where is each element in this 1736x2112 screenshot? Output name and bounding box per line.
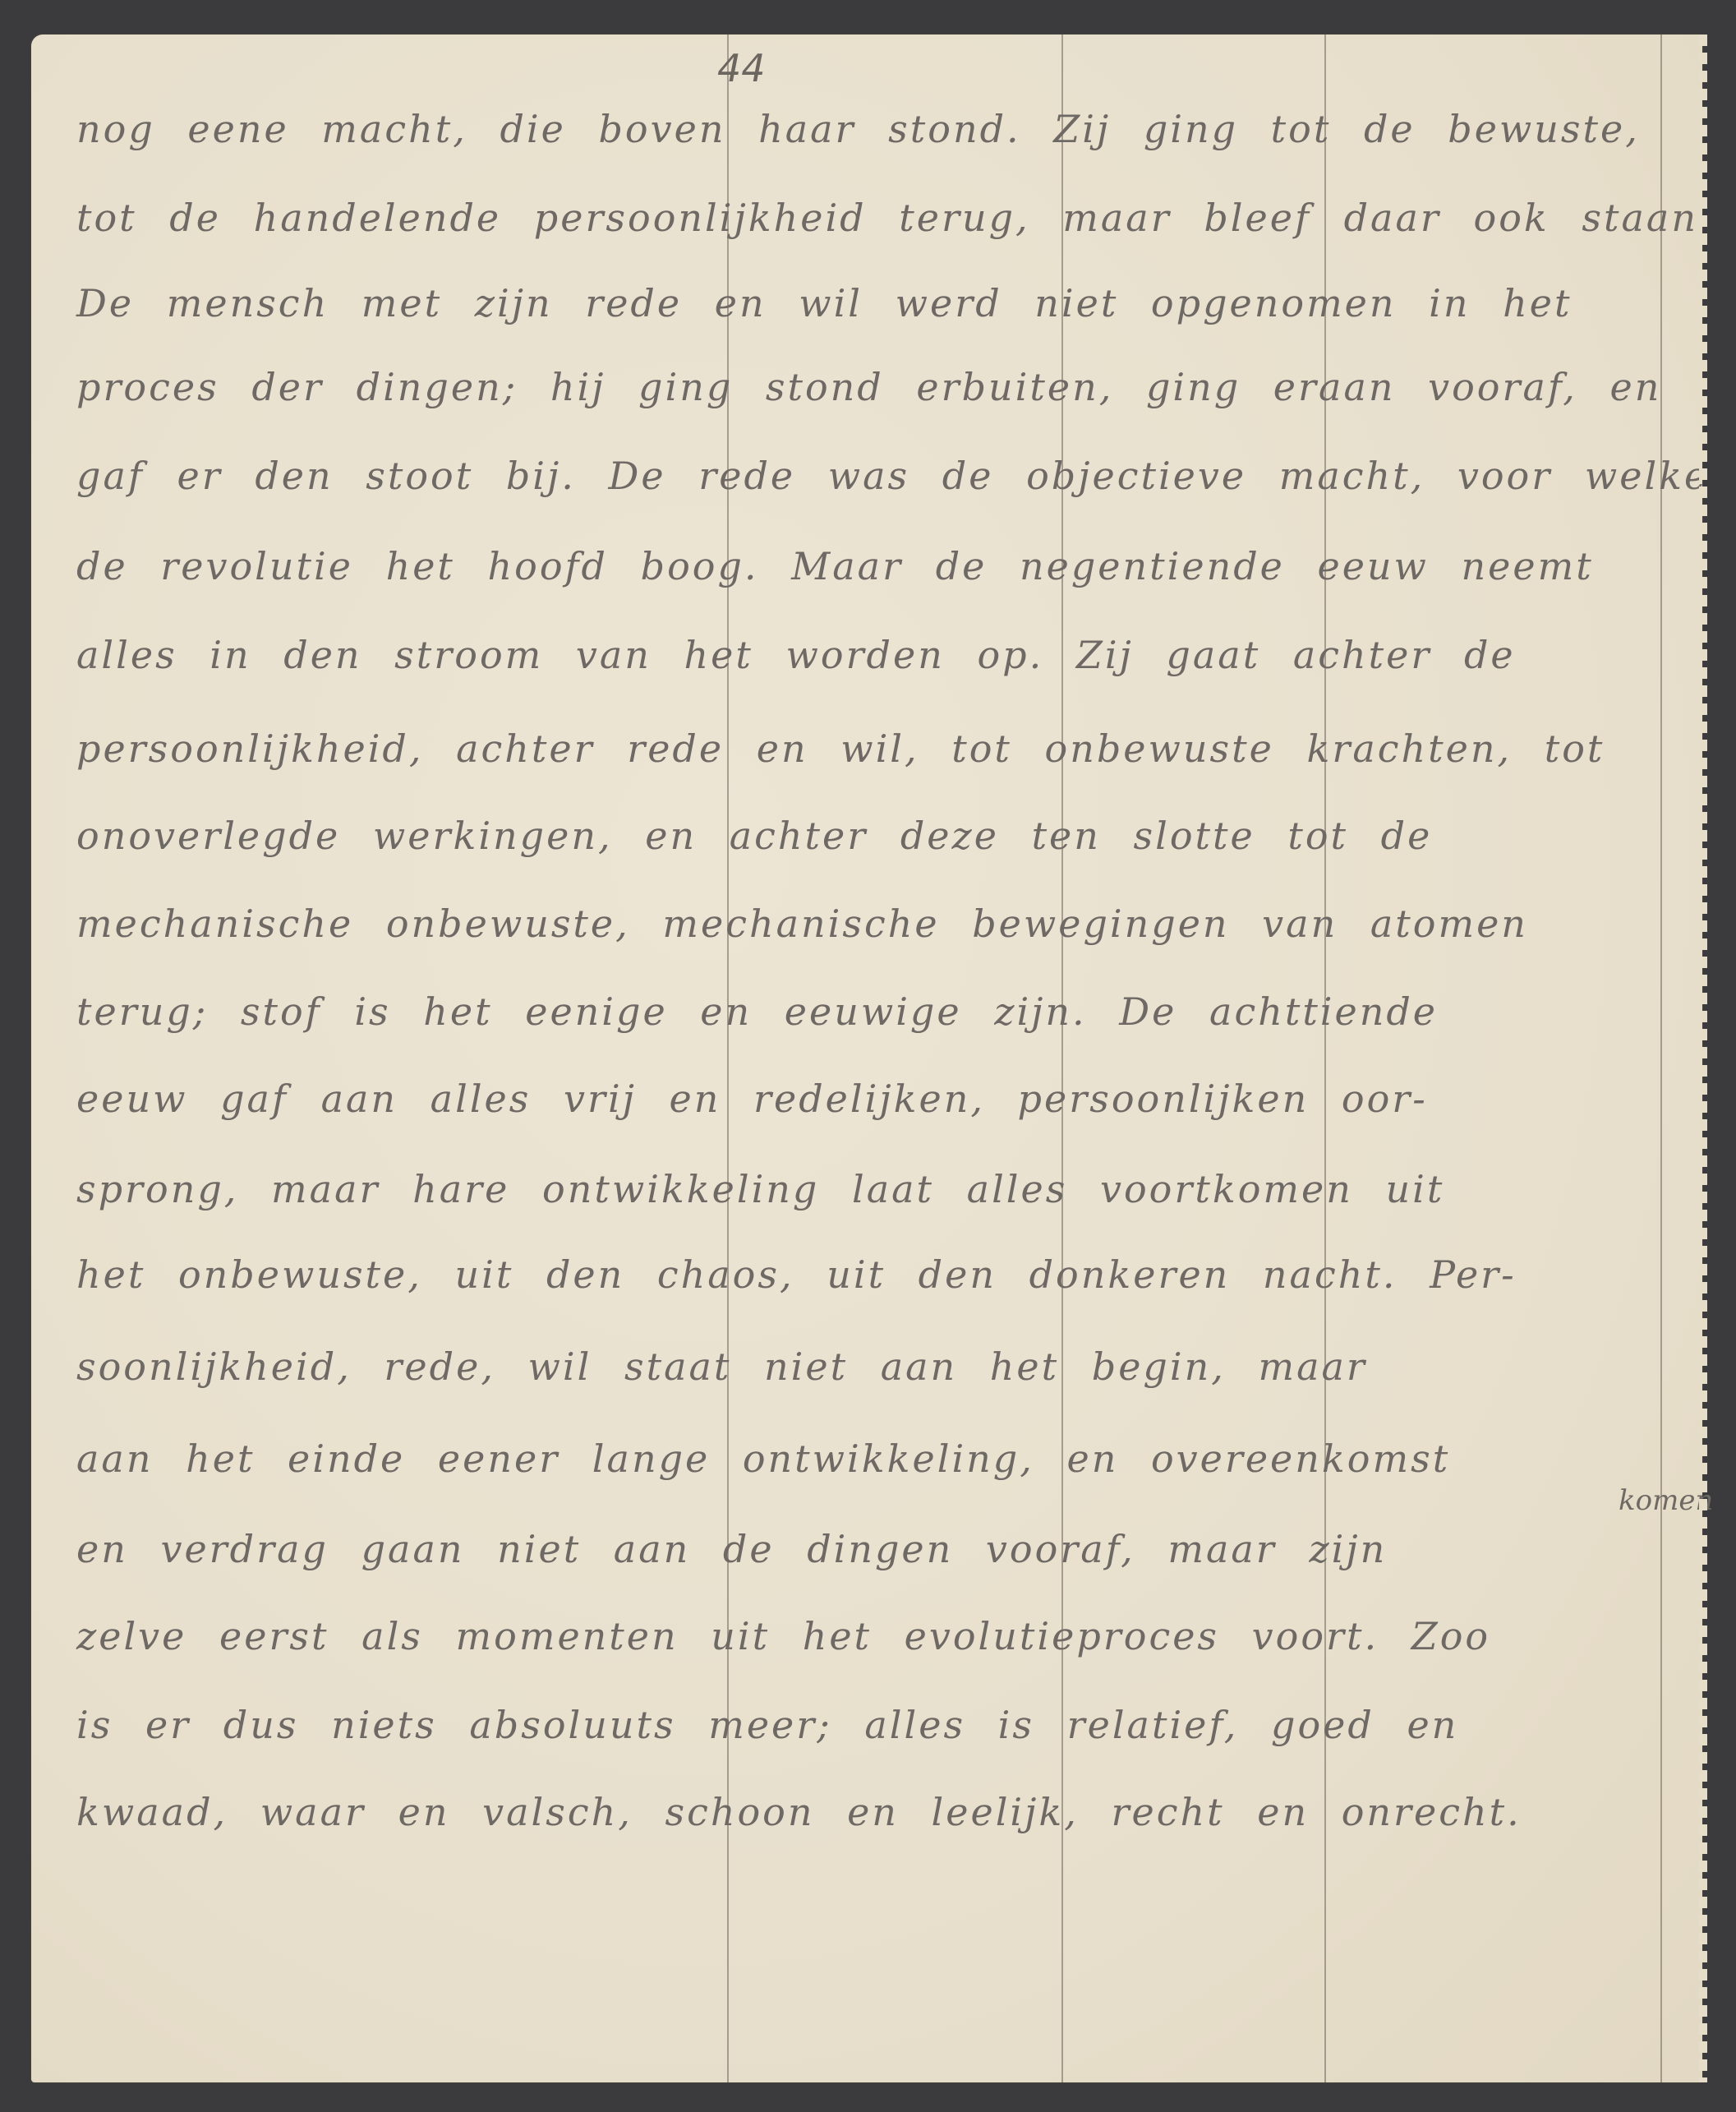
text-line-content: zelve eerst als momenten uit het evoluti… xyxy=(76,1614,1490,1658)
text-line-content: soonlijkheid, rede, wil staat niet aan h… xyxy=(76,1344,1367,1389)
text-line-10: mechanische onbewuste, mechanische beweg… xyxy=(76,902,1669,946)
manuscript-page: 44 nog eene macht, die boven haar stond.… xyxy=(31,35,1702,2082)
text-line-content: mechanische onbewuste, mechanische beweg… xyxy=(76,902,1528,946)
text-line-content: is er dus niets absoluuts meer; alles is… xyxy=(76,1703,1458,1747)
text-line-content: alles in den stroom van het worden op. Z… xyxy=(76,633,1516,677)
text-line-5: gaf er den stoot bij. De rede was de obj… xyxy=(76,454,1669,498)
ruled-line-1 xyxy=(727,35,729,2082)
text-line-17: en verdrag gaan niet aan de dingen voora… xyxy=(76,1527,1669,1571)
text-line-content: De mensch met zijn rede en wil werd niet… xyxy=(76,281,1572,325)
text-line-1: nog eene macht, die boven haar stond. Zi… xyxy=(76,107,1669,151)
text-line-content: de revolutie het hoofd boog. Maar de neg… xyxy=(76,544,1594,588)
text-line-20: kwaad, waar en valsch, schoon en leelijk… xyxy=(76,1790,1669,1834)
text-line-content: en verdrag gaan niet aan de dingen voora… xyxy=(76,1527,1387,1571)
ruled-line-3 xyxy=(1324,35,1326,2082)
text-line-content: sprong, maar hare ontwikkeling laat alle… xyxy=(76,1167,1444,1211)
text-line-content: terug; stof is het eenige en eeuwige zij… xyxy=(76,989,1438,1034)
page-number: 44 xyxy=(717,46,766,90)
text-line-14: het onbewuste, uit den chaos, uit den do… xyxy=(76,1252,1669,1297)
text-line-2: tot de handelende persoonlijkheid terug,… xyxy=(76,196,1669,240)
text-line-3: De mensch met zijn rede en wil werd niet… xyxy=(76,281,1669,325)
text-line-content: proces der dingen; hij ging stond erbuit… xyxy=(76,365,1661,409)
text-line-content: onoverlegde werkingen, en achter deze te… xyxy=(76,814,1432,858)
text-line-content: gaf er den stoot bij. De rede was de obj… xyxy=(76,454,1709,498)
text-line-13: sprong, maar hare ontwikkeling laat alle… xyxy=(76,1167,1669,1211)
text-line-8: persoonlijkheid, achter rede en wil, tot… xyxy=(76,726,1669,771)
text-line-16: aan het einde eener lange ontwikkeling, … xyxy=(76,1436,1669,1481)
text-line-4: proces der dingen; hij ging stond erbuit… xyxy=(76,365,1669,409)
text-line-content: nog eene macht, die boven haar stond. Zi… xyxy=(76,107,1640,151)
ruled-line-4 xyxy=(1660,35,1662,2082)
text-line-6: de revolutie het hoofd boog. Maar de neg… xyxy=(76,544,1669,588)
text-line-content: het onbewuste, uit den chaos, uit den do… xyxy=(76,1252,1517,1297)
text-line-7: alles in den stroom van het worden op. Z… xyxy=(76,633,1669,677)
text-line-12: eeuw gaf aan alles vrij en redelijken, p… xyxy=(76,1077,1669,1121)
text-line-content: kwaad, waar en valsch, schoon en leelijk… xyxy=(76,1790,1522,1834)
text-line-content: tot de handelende persoonlijkheid terug,… xyxy=(76,196,1698,240)
text-line-content: eeuw gaf aan alles vrij en redelijken, p… xyxy=(76,1077,1428,1121)
text-line-content: persoonlijkheid, achter rede en wil, tot… xyxy=(76,726,1605,771)
text-line-content: aan het einde eener lange ontwikkeling, … xyxy=(76,1436,1450,1481)
text-line-11: terug; stof is het eenige en eeuwige zij… xyxy=(76,989,1669,1034)
insertion-komen: komen xyxy=(1619,1484,1713,1517)
text-line-19: is er dus niets absoluuts meer; alles is… xyxy=(76,1703,1669,1747)
text-line-9: onoverlegde werkingen, en achter deze te… xyxy=(76,814,1669,858)
text-line-18: zelve eerst als momenten uit het evoluti… xyxy=(76,1614,1669,1658)
text-line-15: soonlijkheid, rede, wil staat niet aan h… xyxy=(76,1344,1669,1389)
ruled-line-2 xyxy=(1061,35,1063,2082)
